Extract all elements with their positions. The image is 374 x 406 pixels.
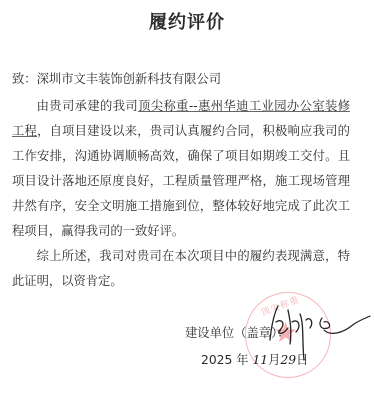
paragraph-prefix: 由贵司承建的我司 [37,99,139,113]
recipient-line: 致：深圳市文丰装饰创新科技有限公司 [12,69,221,87]
paragraph-suffix: ，自项目建设以来，贵司认真履约合同，积极响应我司的工作安排，沟通协调顺畅高效，确… [12,124,350,238]
signing-date: 2025 年 11月29日 [201,350,308,368]
signature-label: 建设单位（盖章）： [185,323,290,341]
date-year: 2025 [201,353,232,367]
document-title: 履约评价 [0,8,374,34]
date-month-unit: 月 [268,353,280,367]
paragraph-evaluation: 由贵司承建的我司顶尖称重--惠州华迪工业园办公室装修工程，自项目建设以来，贵司认… [12,94,350,244]
date-day-unit: 日 [296,353,308,367]
date-day: 29 [280,353,296,367]
date-year-unit: 年 [236,353,248,367]
document-body: 由贵司承建的我司顶尖称重--惠州华迪工业园办公室装修工程，自项目建设以来，贵司认… [12,94,350,294]
date-month: 11 [252,353,268,367]
seal-text: 顶尖称重 [259,293,301,319]
paragraph-conclusion: 综上所述，我司对贵司在本次项目中的履约表现满意，特此证明，以资肯定。 [12,244,350,294]
